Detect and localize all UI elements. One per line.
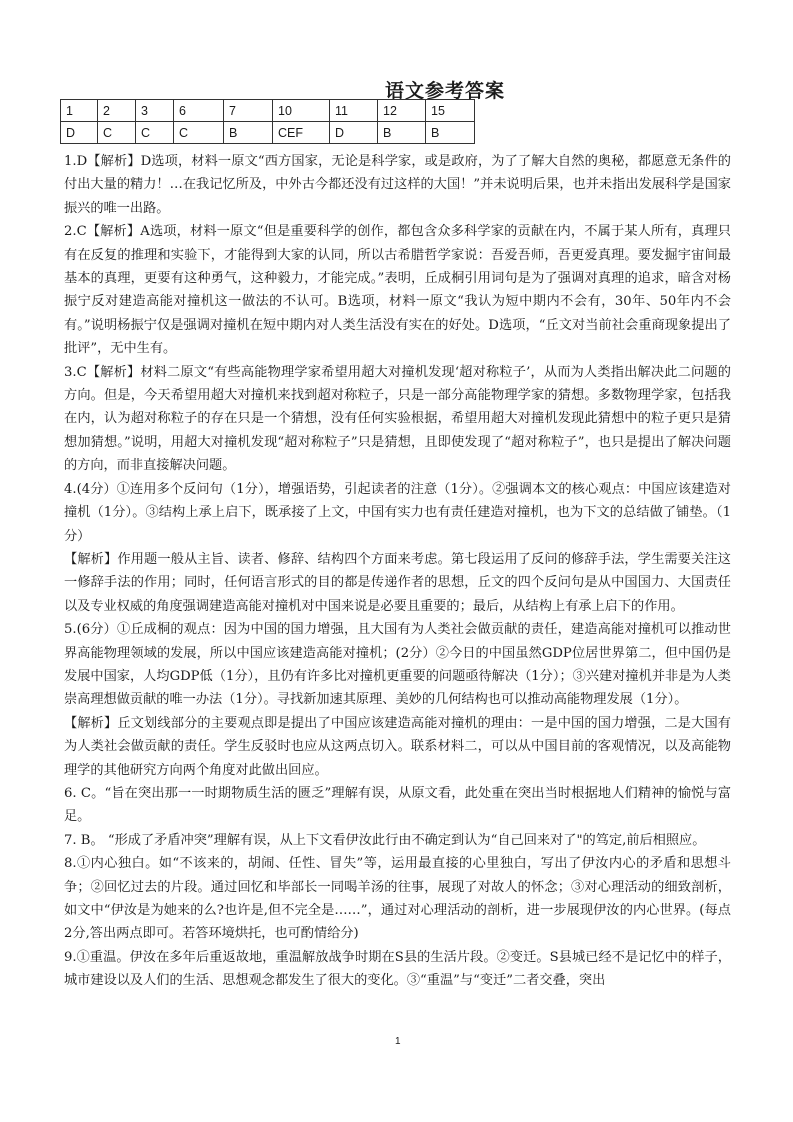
table-cell: CEF (273, 122, 330, 144)
table-cell: C (174, 122, 224, 144)
table-cell: 10 (273, 100, 330, 122)
answer-q4: 4.(4分）①连用多个反问句（1分），增强语势，引起读者的注意（1分）。②强调本… (64, 478, 731, 548)
table-cell: 7 (224, 100, 273, 122)
table-cell: 6 (174, 100, 224, 122)
table-cell: C (98, 122, 136, 144)
answer-q7: 7. B。 “形成了矛盾冲突”理解有误，从上下文看伊汝此行由不确定到认为“自己回… (64, 829, 731, 852)
table-cell: 15 (426, 100, 475, 122)
answer-q8: 8.①内心独白。如“不该来的，胡闹、任性、冒失”等，运用最直接的心里独白，写出了… (64, 852, 731, 946)
analysis-q5: 【解析】丘文划线部分的主要观点即是提出了中国应该建造高能对撞机的理由：一是中国的… (64, 712, 731, 782)
table-cell: D (330, 122, 378, 144)
table-cell: 12 (378, 100, 426, 122)
answer-q3: 3.C【解析】材料二原文“有些高能物理学家希望用超大对撞机发现‘超对称粒子’，从… (64, 361, 731, 478)
answer-row: D C C C B CEF D B B (61, 122, 475, 144)
answer-key-table: 1 2 3 6 7 10 11 12 15 D C C C B CEF D B … (60, 99, 475, 144)
table-cell: 11 (330, 100, 378, 122)
answer-explanations: 1.D【解析】D选项，材料一原文“西方国家，无论是科学家，或是政府，为了了解大自… (64, 150, 731, 993)
table-cell: C (136, 122, 174, 144)
answer-q6: 6. C。“旨在突出那一一时期物质生活的匮乏”理解有误，从原文看，此处重在突出当… (64, 782, 731, 829)
table-cell: B (224, 122, 273, 144)
table-cell: D (61, 122, 98, 144)
table-cell: 3 (136, 100, 174, 122)
table-cell: 1 (61, 100, 98, 122)
table-cell: 2 (98, 100, 136, 122)
answer-q5: 5.(6分）①丘成桐的观点：因为中国的国力增强，且大国有为人类社会做贡献的责任，… (64, 618, 731, 712)
page-number: 1 (395, 1036, 401, 1047)
table-cell: B (378, 122, 426, 144)
answer-q2: 2.C【解析】A选项，材料一原文“但是重要科学的创作，都包含众多科学家的贡献在内… (64, 220, 731, 360)
analysis-q4: 【解析】作用题一般从主旨、读者、修辞、结构四个方面来考虑。第七段运用了反问的修辞… (64, 548, 731, 618)
answer-q9: 9.①重温。伊汝在多年后重返故地，重温解放战争时期在S县的生活片段。②变迁。S县… (64, 946, 731, 993)
answer-q1: 1.D【解析】D选项，材料一原文“西方国家，无论是科学家，或是政府，为了了解大自… (64, 150, 731, 220)
question-number-row: 1 2 3 6 7 10 11 12 15 (61, 100, 475, 122)
table-cell: B (426, 122, 475, 144)
